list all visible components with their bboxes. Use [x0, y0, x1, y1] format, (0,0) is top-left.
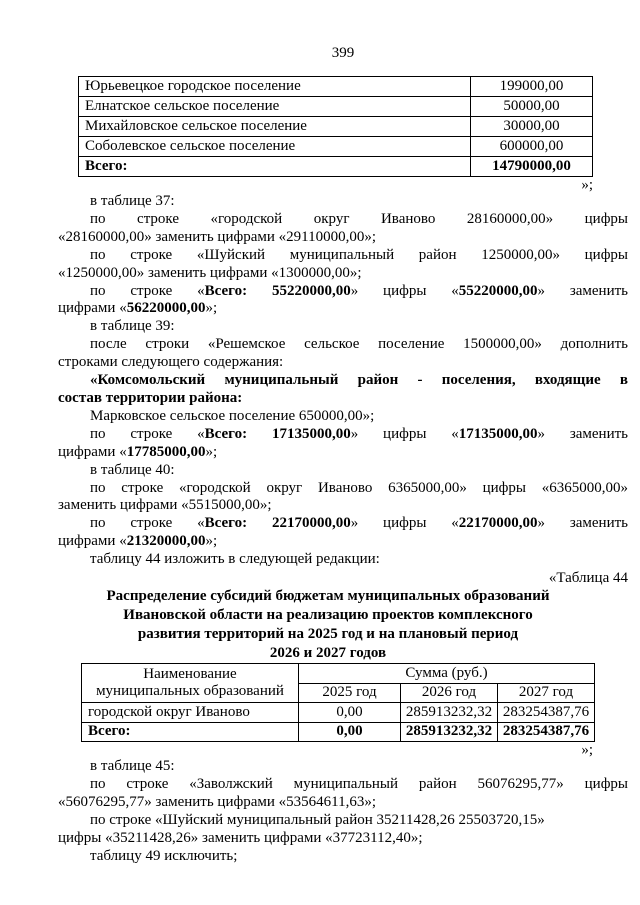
- bold-text: 22170000,00: [459, 515, 538, 531]
- bold-text: «Комсомольский муниципальный район - пос…: [90, 372, 628, 388]
- text: » заменить: [537, 515, 628, 531]
- text: «1250000,00» заменить цифрами «1300000,0…: [58, 265, 362, 281]
- amount-cell: 30000,00: [471, 117, 593, 137]
- text: по строке «Шуйский муниципальный район 3…: [90, 812, 545, 828]
- text-line: строками следующего содержания:: [58, 354, 628, 372]
- name-header-line-1: Наименование: [82, 666, 298, 683]
- text: цифрами «: [58, 300, 127, 316]
- year-header-2026: 2026 год: [401, 683, 498, 703]
- text: заменить цифрами «5515000,00»;: [58, 497, 272, 513]
- title-line: развития территорий на 2025 год и на пла…: [58, 625, 598, 644]
- text: в таблице 40:: [90, 462, 175, 478]
- text: по строке «: [90, 283, 205, 299]
- text-line: в таблице 40:: [58, 462, 628, 480]
- text-line: по строке «городской округ Иваново 28160…: [58, 211, 628, 229]
- text-line: по строке «городской округ Иваново 63650…: [58, 480, 628, 498]
- bold-text: Всего: 17135000,00: [205, 426, 351, 442]
- paragraph: по строке «городской округ Иваново 63650…: [58, 480, 628, 516]
- municipality-name-cell: Всего:: [82, 722, 299, 742]
- municipality-name-cell: Михайловское сельское поселение: [79, 117, 471, 137]
- text: »;: [205, 444, 217, 460]
- table-row: Всего:14790000,00: [79, 157, 593, 177]
- text-line: таблицу 49 исключить;: [58, 848, 628, 866]
- title-line: 2026 и 2027 годов: [58, 644, 598, 663]
- text: по строке «: [90, 426, 205, 442]
- text-line: по строке «Всего: 22170000,00» цифры «22…: [58, 515, 628, 533]
- bold-text: 21320000,00: [127, 533, 206, 549]
- text: после строки «Решемское сельское поселен…: [90, 336, 628, 352]
- text-line: по строке «Всего: 55220000,00» цифры «55…: [58, 283, 628, 301]
- bold-text: 17785000,00: [127, 444, 206, 460]
- text: по строке «городской округ Иваново 28160…: [90, 211, 628, 227]
- municipality-name-cell: Соболевское сельское поселение: [79, 137, 471, 157]
- text-line: цифрами «21320000,00»;: [58, 533, 628, 551]
- amount-cell: 199000,00: [471, 77, 593, 97]
- table-44-caption: «Таблица 44: [58, 569, 628, 587]
- amendments-text-block-2: в таблице 45:по строке «Заволжский муниц…: [58, 758, 628, 865]
- amount-cell: 285913232,32: [401, 722, 498, 742]
- text: таблицу 49 исключить;: [90, 848, 237, 864]
- table-row: Михайловское сельское поселение30000,00: [79, 117, 593, 137]
- text-line: цифрами «17785000,00»;: [58, 444, 628, 462]
- bold-text: 56220000,00: [127, 300, 206, 316]
- text: » цифры «: [351, 515, 459, 531]
- text-line: после строки «Решемское сельское поселен…: [58, 336, 628, 354]
- text-line: цифры «35211428,26» заменить цифрами «37…: [58, 830, 628, 848]
- paragraph: таблицу 49 исключить;: [58, 848, 628, 866]
- paragraph: по строке «Всего: 22170000,00» цифры «22…: [58, 515, 628, 551]
- text: в таблице 37:: [90, 193, 175, 209]
- paragraph: по строке «городской округ Иваново 28160…: [58, 211, 628, 247]
- document-page: 399 Юрьевецкое городское поселение199000…: [0, 0, 640, 905]
- page-number: 399: [58, 44, 628, 62]
- text: » цифры «: [351, 426, 459, 442]
- bold-text: 55220000,00: [459, 283, 538, 299]
- municipality-name-cell: Всего:: [79, 157, 471, 177]
- year-header-2027: 2027 год: [498, 683, 595, 703]
- text-line: «1250000,00» заменить цифрами «1300000,0…: [58, 265, 628, 283]
- amount-cell: 283254387,76: [498, 703, 595, 723]
- text-line: в таблице 39:: [58, 318, 628, 336]
- text: по строке «городской округ Иваново 63650…: [90, 480, 628, 496]
- text-line: по строке «Шуйский муниципальный район 3…: [58, 812, 628, 830]
- table-44-header-row-1: Наименование муниципальных образований С…: [82, 664, 595, 684]
- paragraph: в таблице 45:: [58, 758, 628, 776]
- paragraph: по строке «Всего: 17135000,00» цифры «17…: [58, 426, 628, 462]
- closing-quote-mark: »;: [58, 177, 628, 193]
- municipality-name-cell: городской округ Иваново: [82, 703, 299, 723]
- text: по строке «: [90, 515, 205, 531]
- table-row: Всего:0,00285913232,32283254387,76: [82, 722, 595, 742]
- text: » цифры «: [351, 283, 459, 299]
- text-line: таблицу 44 изложить в следующей редакции…: [58, 551, 628, 569]
- text: таблицу 44 изложить в следующей редакции…: [90, 551, 380, 567]
- table-row: Соболевское сельское поселение600000,00: [79, 137, 593, 157]
- text-line: «56076295,77» заменить цифрами «53564611…: [58, 794, 628, 812]
- text-line: цифрами «56220000,00»;: [58, 300, 628, 318]
- bold-text: состав территории района:: [58, 390, 242, 406]
- text: «56076295,77» заменить цифрами «53564611…: [58, 794, 376, 810]
- text: цифрами «: [58, 533, 127, 549]
- paragraph: «Комсомольский муниципальный район - пос…: [58, 372, 628, 408]
- text-line: «Комсомольский муниципальный район - пос…: [58, 372, 628, 390]
- amount-cell: 285913232,32: [401, 703, 498, 723]
- paragraph: в таблице 39:: [58, 318, 628, 336]
- table-44-name-header: Наименование муниципальных образований: [82, 664, 299, 703]
- table-44-title: Распределение субсидий бюджетам муниципа…: [58, 587, 598, 663]
- amount-cell: 600000,00: [471, 137, 593, 157]
- table-row: Елнатское сельское поселение50000,00: [79, 97, 593, 117]
- text: »;: [205, 533, 217, 549]
- amount-cell: 14790000,00: [471, 157, 593, 177]
- closing-quote-mark: »;: [58, 742, 628, 758]
- table-44-sum-header: Сумма (руб.): [299, 664, 595, 684]
- amount-cell: 0,00: [299, 722, 401, 742]
- text-line: по строке «Заволжский муниципальный райо…: [58, 776, 628, 794]
- text-line: заменить цифрами «5515000,00»;: [58, 497, 628, 515]
- amount-cell: 0,00: [299, 703, 401, 723]
- bold-text: Всего: 55220000,00: [205, 283, 351, 299]
- title-line: Распределение субсидий бюджетам муниципа…: [58, 587, 598, 606]
- municipality-name-cell: Елнатское сельское поселение: [79, 97, 471, 117]
- paragraph: по строке «Заволжский муниципальный райо…: [58, 776, 628, 812]
- paragraph: по строке «Всего: 55220000,00» цифры «55…: [58, 283, 628, 319]
- bold-text: Всего: 22170000,00: [205, 515, 351, 531]
- text: по строке «Заволжский муниципальный райо…: [90, 776, 628, 792]
- year-header-2025: 2025 год: [299, 683, 401, 703]
- municipality-name-cell: Юрьевецкое городское поселение: [79, 77, 471, 97]
- text-line: в таблице 37:: [58, 193, 628, 211]
- amount-cell: 283254387,76: [498, 722, 595, 742]
- text: Марковское сельское поселение 650000,00»…: [90, 408, 374, 424]
- text-line: Марковское сельское поселение 650000,00»…: [58, 408, 628, 426]
- paragraph: таблицу 44 изложить в следующей редакции…: [58, 551, 628, 569]
- text: цифры «35211428,26» заменить цифрами «37…: [58, 830, 423, 846]
- text: строками следующего содержания:: [58, 354, 283, 370]
- paragraph: в таблице 37:: [58, 193, 628, 211]
- paragraph: после строки «Решемское сельское поселен…: [58, 336, 628, 372]
- amendments-text-block-1: в таблице 37:по строке «городской округ …: [58, 193, 628, 569]
- bold-text: 17135000,00: [459, 426, 538, 442]
- text-line: по строке «Всего: 17135000,00» цифры «17…: [58, 426, 628, 444]
- text: »;: [205, 300, 217, 316]
- amount-cell: 50000,00: [471, 97, 593, 117]
- allocation-fragment-table: Юрьевецкое городское поселение199000,00Е…: [78, 76, 593, 177]
- title-line: Ивановской области на реализацию проекто…: [58, 606, 598, 625]
- text: по строке «Шуйский муниципальный район 1…: [90, 247, 628, 263]
- text: в таблице 39:: [90, 318, 175, 334]
- text: цифрами «: [58, 444, 127, 460]
- paragraph: в таблице 40:: [58, 462, 628, 480]
- paragraph: по строке «Шуйский муниципальный район 3…: [58, 812, 628, 848]
- text-line: состав территории района:: [58, 390, 628, 408]
- table-44: Наименование муниципальных образований С…: [81, 663, 595, 742]
- text: «28160000,00» заменить цифрами «29110000…: [58, 229, 376, 245]
- text: в таблице 45:: [90, 758, 175, 774]
- name-header-line-2: муниципальных образований: [82, 683, 298, 700]
- table-row: городской округ Иваново0,00285913232,322…: [82, 703, 595, 723]
- paragraph: Марковское сельское поселение 650000,00»…: [58, 408, 628, 426]
- text: » заменить: [537, 283, 628, 299]
- text: » заменить: [537, 426, 628, 442]
- text-line: «28160000,00» заменить цифрами «29110000…: [58, 229, 628, 247]
- text-line: в таблице 45:: [58, 758, 628, 776]
- text-line: по строке «Шуйский муниципальный район 1…: [58, 247, 628, 265]
- table-row: Юрьевецкое городское поселение199000,00: [79, 77, 593, 97]
- paragraph: по строке «Шуйский муниципальный район 1…: [58, 247, 628, 283]
